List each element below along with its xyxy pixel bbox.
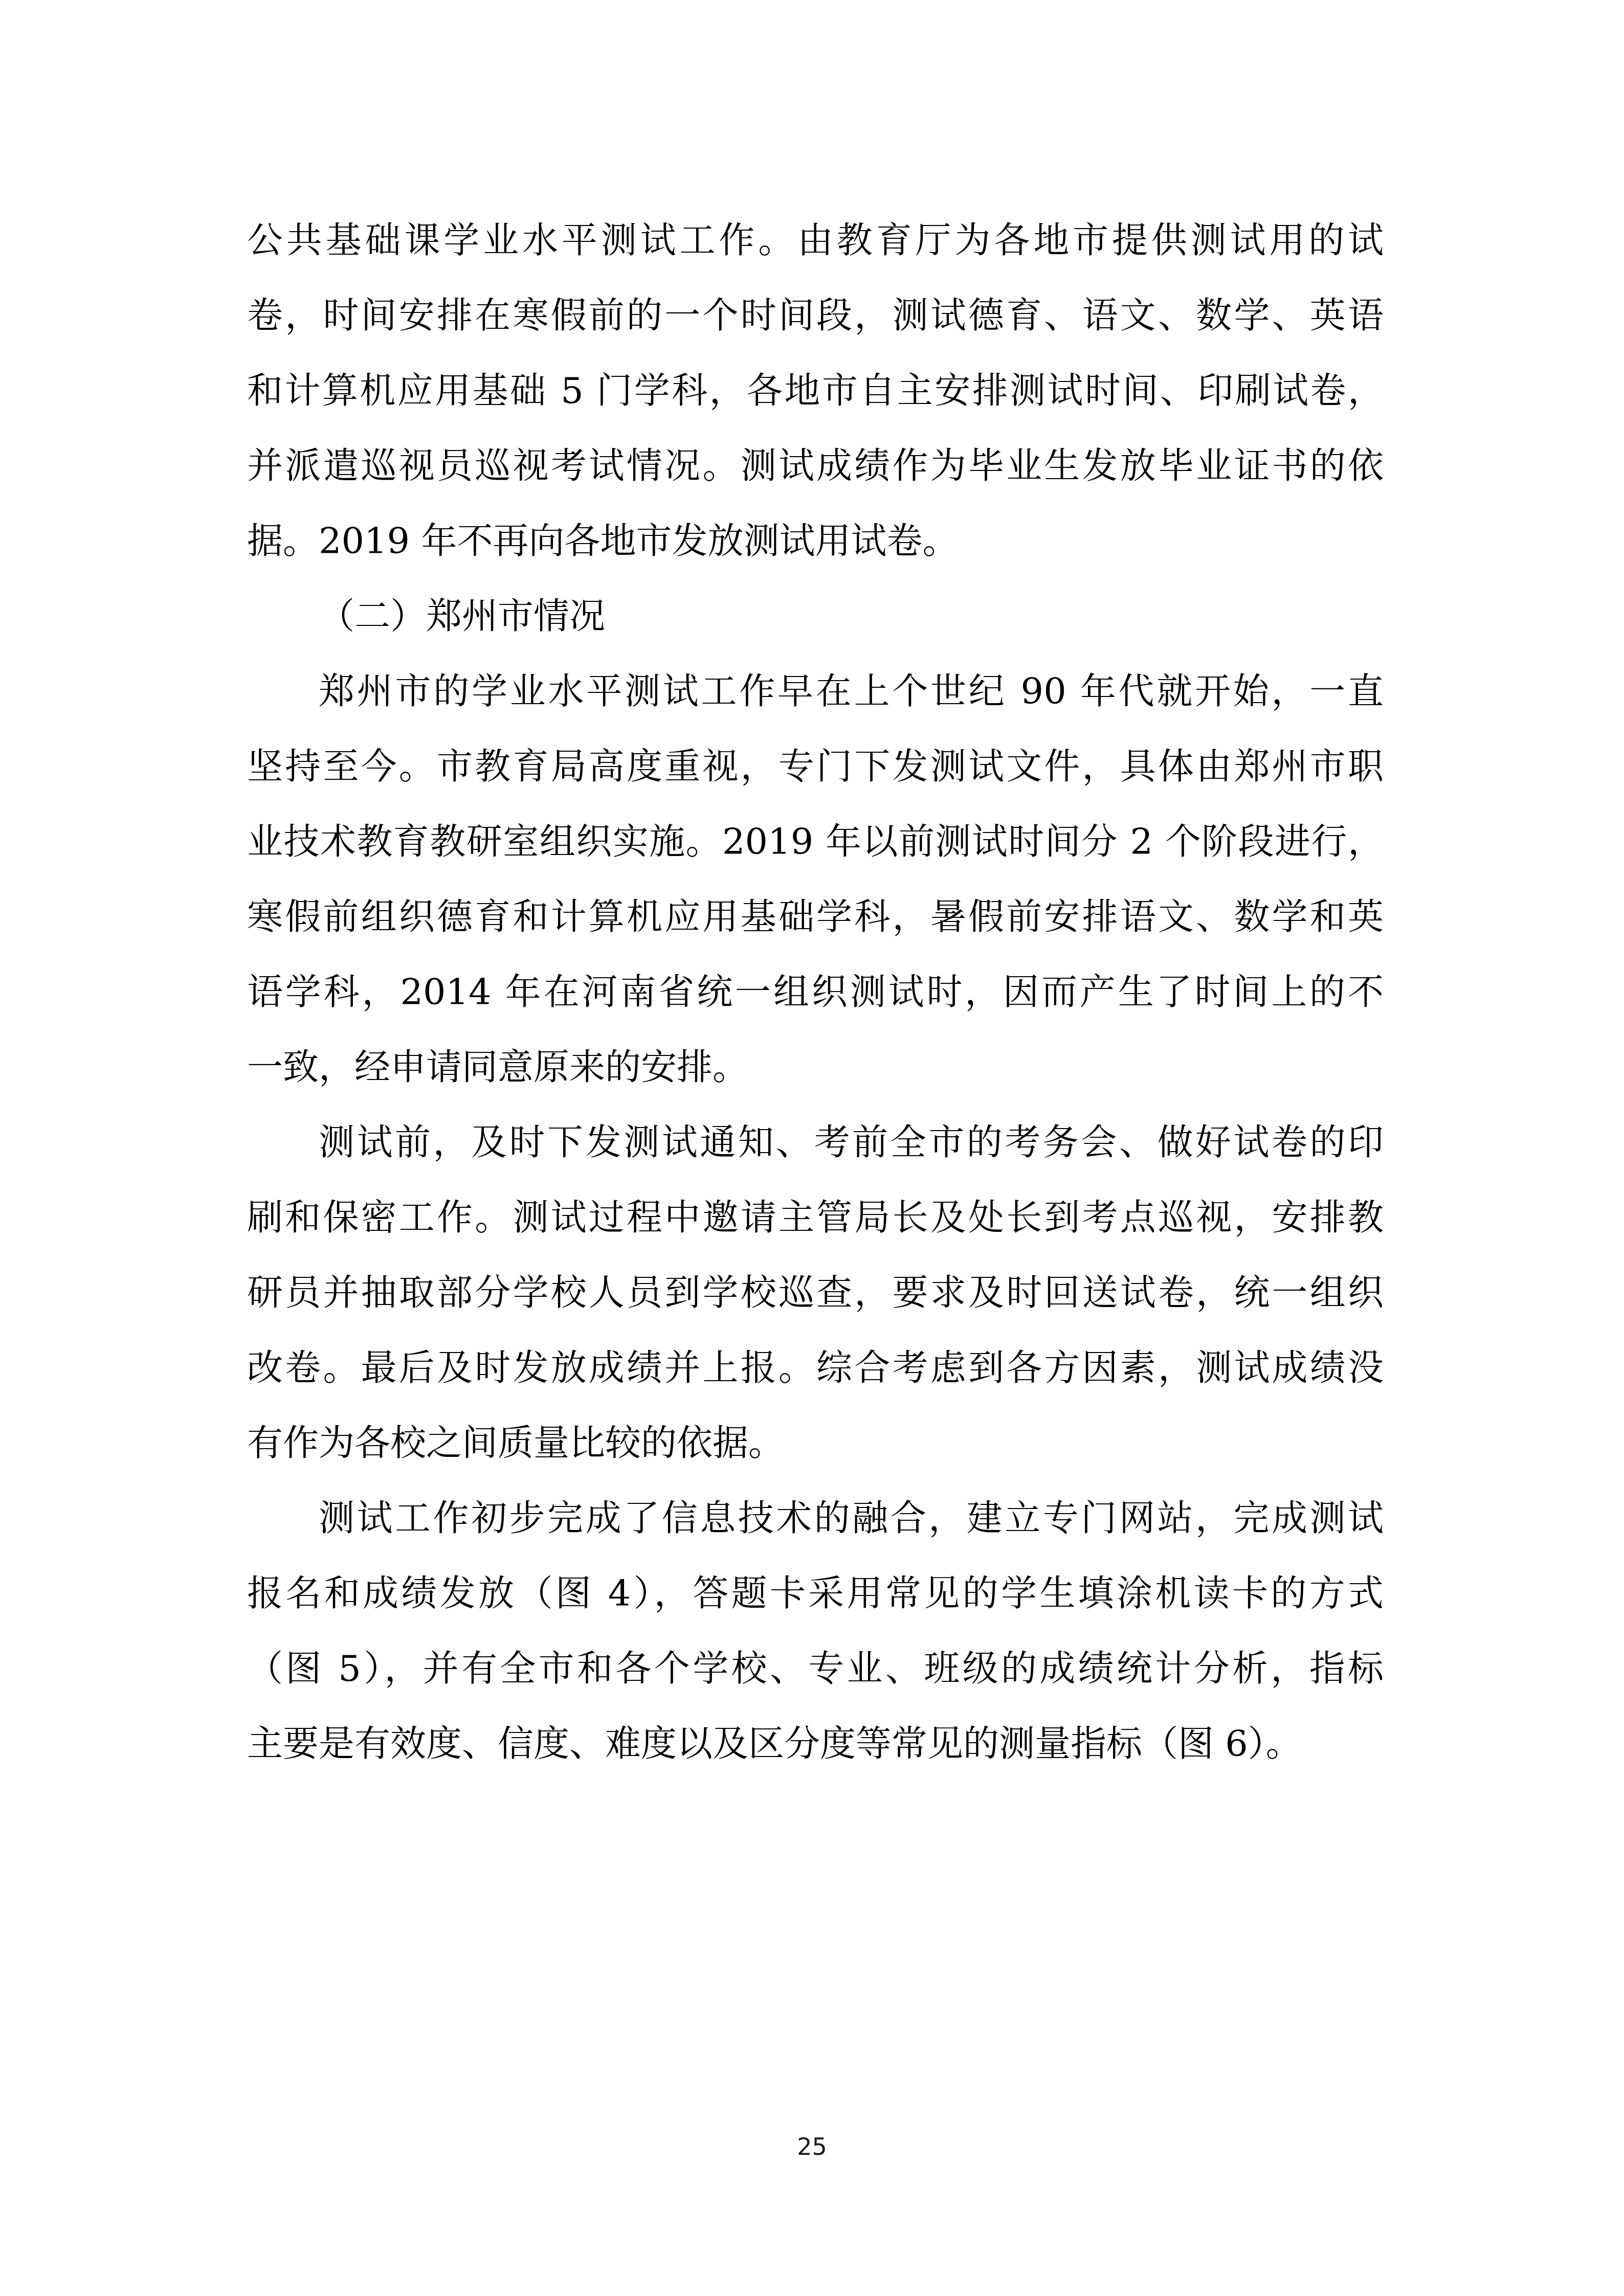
text-line: 寒假前组织德育和计算机应用基础学科，暑假前安排语文、数学和英 bbox=[247, 880, 1384, 955]
text-line: 语学科，2014 年在河南省统一组织测试时，因而产生了时间上的不 bbox=[247, 955, 1384, 1030]
text-line: （图 5），并有全市和各个学校、专业、班级的成绩统计分析，指标 bbox=[247, 1631, 1384, 1706]
text-line: 测试工作初步完成了信息技术的融合，建立专门网站，完成测试 bbox=[247, 1481, 1384, 1556]
text-line: 有作为各校之间质量比较的依据。 bbox=[247, 1406, 1384, 1481]
text-line: （二）郑州市情况 bbox=[247, 579, 1384, 654]
text-line: 公共基础课学业水平测试工作。由教育厅为各地市提供测试用的试 bbox=[247, 203, 1384, 278]
text-line: 刷和保密工作。测试过程中邀请主管局长及处长到考点巡视，安排教 bbox=[247, 1180, 1384, 1255]
text-line: 研员并抽取部分学校人员到学校巡查，要求及时回送试卷，统一组织 bbox=[247, 1255, 1384, 1331]
document-page: { "page": { "background_color": "#ffffff… bbox=[0, 0, 1624, 2296]
text-line: 业技术教育教研室组织实施。2019 年以前测试时间分 2 个阶段进行， bbox=[247, 804, 1384, 880]
text-line: 一致，经申请同意原来的安排。 bbox=[247, 1030, 1384, 1105]
text-line: 卷，时间安排在寒假前的一个时间段，测试德育、语文、数学、英语 bbox=[247, 278, 1384, 353]
text-line: 主要是有效度、信度、难度以及区分度等常见的测量指标（图 6）。 bbox=[247, 1706, 1384, 1782]
page-canvas: 公共基础课学业水平测试工作。由教育厅为各地市提供测试用的试卷，时间安排在寒假前的… bbox=[0, 0, 1624, 2296]
text-line: 测试前，及时下发测试通知、考前全市的考务会、做好试卷的印 bbox=[247, 1105, 1384, 1180]
text-line: 改卷。最后及时发放成绩并上报。综合考虑到各方因素，测试成绩没 bbox=[247, 1331, 1384, 1406]
text-line: 和计算机应用基础 5 门学科，各地市自主安排测试时间、印刷试卷， bbox=[247, 353, 1384, 429]
text-line: 并派遣巡视员巡视考试情况。测试成绩作为毕业生发放毕业证书的依 bbox=[247, 429, 1384, 504]
text-block: 公共基础课学业水平测试工作。由教育厅为各地市提供测试用的试卷，时间安排在寒假前的… bbox=[247, 203, 1384, 1782]
text-line: 据。2019 年不再向各地市发放测试用试卷。 bbox=[247, 504, 1384, 579]
page-number: 25 bbox=[0, 2131, 1624, 2162]
text-line: 坚持至今。市教育局高度重视，专门下发测试文件，具体由郑州市职 bbox=[247, 729, 1384, 804]
text-line: 报名和成绩发放（图 4），答题卡采用常见的学生填涂机读卡的方式 bbox=[247, 1556, 1384, 1631]
text-line: 郑州市的学业水平测试工作早在上个世纪 90 年代就开始，一直 bbox=[247, 654, 1384, 729]
